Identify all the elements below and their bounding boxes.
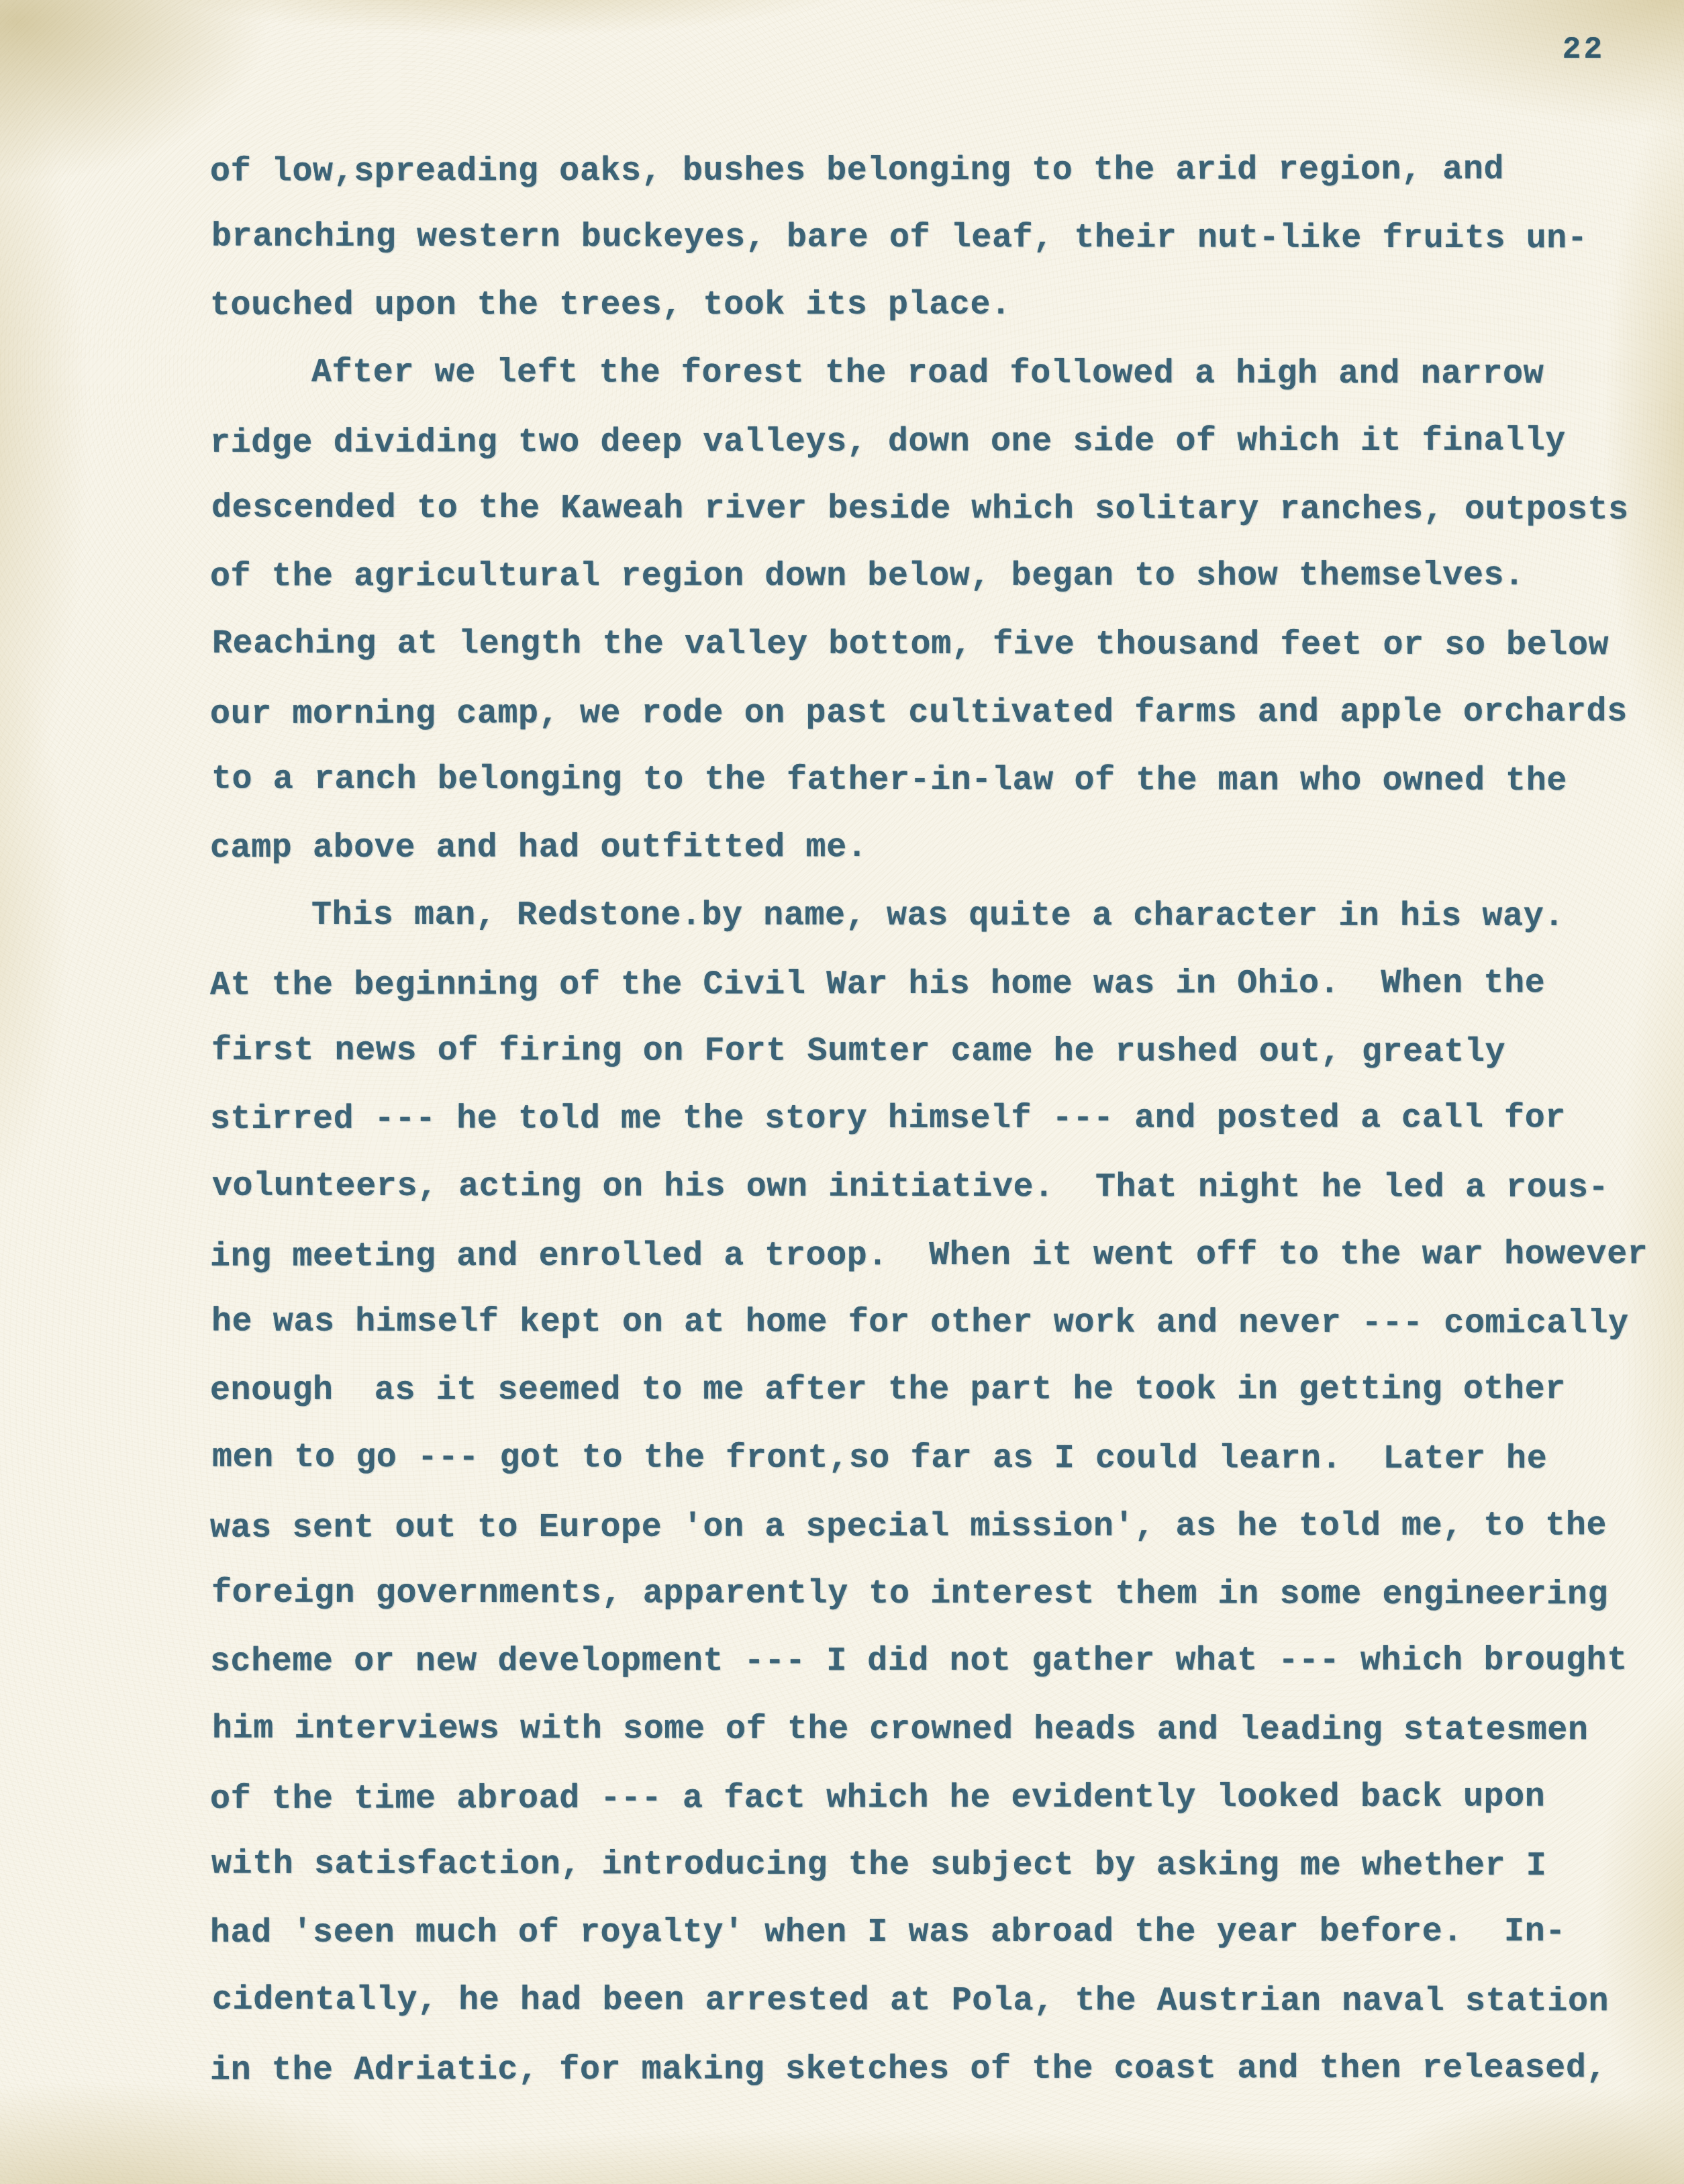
text-line: descended to the Kaweah river beside whi… bbox=[211, 475, 1648, 544]
text-line: cidentally, he had been arrested at Pola… bbox=[212, 1966, 1648, 2036]
text-line: our morning camp, we rode on past cultiv… bbox=[210, 678, 1646, 749]
text-line: camp above and had outfitted me. bbox=[210, 813, 1646, 882]
text-line: with satisfaction, introducing the subje… bbox=[211, 1831, 1648, 1901]
text-line: of the agricultural region down below, b… bbox=[210, 542, 1646, 611]
text-line: of low,spreading oaks, bushes belonging … bbox=[210, 136, 1646, 206]
text-line: ing meeting and enrolled a troop. When i… bbox=[210, 1221, 1646, 1291]
text-line: was sent out to Europe 'on a special mis… bbox=[210, 1492, 1646, 1562]
text-line: to a ranch belonging to the father-in-la… bbox=[211, 746, 1648, 816]
text-line: ridge dividing two deep valleys, down on… bbox=[210, 407, 1646, 477]
text-line: touched upon the trees, took its place. bbox=[210, 271, 1646, 340]
text-line: had 'seen much of royalty' when I was ab… bbox=[210, 1898, 1646, 1967]
text-line: of the time abroad --- a fact which he e… bbox=[210, 1763, 1646, 1834]
text-line: stirred --- he told me the story himself… bbox=[210, 1084, 1646, 1153]
text-line: enough as it seemed to me after the part… bbox=[210, 1356, 1646, 1425]
typewritten-text-block: of low,spreading oaks, bushes belonging … bbox=[210, 136, 1646, 2103]
text-line: him interviews with some of the crowned … bbox=[212, 1695, 1648, 1765]
page-number: 22 bbox=[1563, 32, 1605, 67]
text-line: foreign governments, apparently to inter… bbox=[211, 1560, 1648, 1629]
text-line: scheme or new development --- I did not … bbox=[210, 1627, 1646, 1696]
text-line: first news of firing on Fort Sumter came… bbox=[211, 1017, 1648, 1087]
text-line: in the Adriatic, for making sketches of … bbox=[210, 2034, 1646, 2105]
text-line-paragraph-start: After we left the forest the road follow… bbox=[212, 339, 1648, 409]
text-line: At the beginning of the Civil War his ho… bbox=[210, 949, 1646, 1020]
text-line: he was himself kept on at home for other… bbox=[211, 1288, 1648, 1358]
text-line: men to go --- got to the front,so far as… bbox=[212, 1424, 1648, 1494]
text-line: branching western buckeyes, bare of leaf… bbox=[211, 203, 1648, 273]
text-line: volunteers, acting on his own initiative… bbox=[212, 1153, 1648, 1223]
text-line-paragraph-start: This man, Redstone.by name, was quite a … bbox=[212, 882, 1648, 951]
document-page: 22 of low,spreading oaks, bushes belongi… bbox=[0, 0, 1684, 2184]
text-line: Reaching at length the valley bottom, fi… bbox=[212, 610, 1648, 680]
